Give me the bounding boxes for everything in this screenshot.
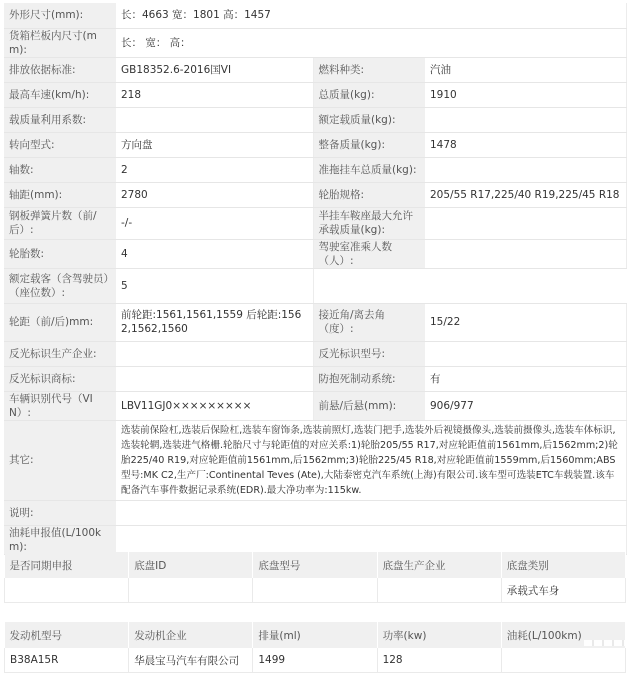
- total-mass-label: 总质量(kg):: [313, 82, 425, 107]
- rated-load-value: [425, 107, 626, 132]
- tire-spec-label: 轮胎规格:: [313, 182, 425, 207]
- chassis-header-same-period: 是否同期申报: [5, 552, 129, 578]
- dimensions-label: 外形尺寸(mm):: [4, 3, 116, 28]
- abs-label: 防抱死制动系统:: [313, 366, 425, 391]
- steering-label: 转向型式:: [4, 132, 116, 157]
- chassis-header-manufacturer: 底盘生产企业: [377, 552, 501, 578]
- reflector-brand-value: [116, 366, 313, 391]
- empty-cell: [313, 268, 626, 303]
- spec-row-track: 轮距（前/后)mm: 前轮距:1561,1561,1559 后轮距:1562,1…: [4, 303, 626, 341]
- dimensions-value: 长：4663 宽：1801 高：1457: [116, 3, 626, 28]
- abs-value: 有: [425, 366, 626, 391]
- fuel-consumption-value: [116, 525, 626, 554]
- cab-occupants-value: [425, 239, 626, 268]
- engine-header-displacement: 排量(ml): [253, 622, 377, 648]
- note-value: [116, 500, 626, 525]
- wheelbase-label: 轴距(mm):: [4, 182, 116, 207]
- chassis-header-row: 是否同期申报 底盘ID 底盘型号 底盘生产企业 底盘类别: [5, 552, 626, 578]
- reflector-model-label: 反光标识型号:: [313, 341, 425, 366]
- spec-row-axles: 轴数: 2 准拖挂车总质量(kg):: [4, 157, 626, 182]
- tire-spec-value: 205/55 R17,225/40 R19,225/45 R18: [425, 182, 626, 207]
- total-mass-value: 1910: [425, 82, 626, 107]
- chassis-table: 是否同期申报 底盘ID 底盘型号 底盘生产企业 底盘类别 承载式车身: [4, 552, 626, 603]
- chassis-same-period: [5, 578, 129, 603]
- fifth-wheel-load-value: [425, 207, 626, 239]
- track-value: 前轮距:1561,1561,1559 后轮距:1562,1562,1560: [116, 303, 313, 341]
- vin-value: LBV11GJ0×××××××××: [116, 391, 313, 420]
- fuel-type-value: 汽油: [425, 57, 626, 82]
- spec-row-other: 其它: 选装前保险杠,选装后保险杠,选装车窗饰条,选装前照灯,选装门把手,选装外…: [4, 420, 626, 500]
- trailer-mass-label: 准拖挂车总质量(kg):: [313, 157, 425, 182]
- wheelbase-value: 2780: [116, 182, 313, 207]
- load-coefficient-label: 载质量利用系数:: [4, 107, 116, 132]
- chassis-header-category: 底盘类别: [501, 552, 625, 578]
- chassis-header-model: 底盘型号: [253, 552, 377, 578]
- vehicle-spec-table: 外形尺寸(mm): 长：4663 宽：1801 高：1457 货箱栏板内尺寸(m…: [4, 3, 627, 555]
- max-speed-label: 最高车速(km/h):: [4, 82, 116, 107]
- spec-row-fuel-consumption: 油耗申报值(L/100km):: [4, 525, 626, 554]
- approach-departure-label: 接近角/离去角（度）:: [313, 303, 425, 341]
- chassis-header-id: 底盘ID: [129, 552, 253, 578]
- chassis-manufacturer: [377, 578, 501, 603]
- engine-fuel-consumption: [501, 648, 625, 673]
- spec-row-wheelbase: 轴距(mm): 2780 轮胎规格: 205/55 R17,225/40 R19…: [4, 182, 626, 207]
- spec-row-reflector-maker: 反光标识生产企业: 反光标识型号:: [4, 341, 626, 366]
- track-label: 轮距（前/后)mm:: [4, 303, 116, 341]
- spec-row-load-coefficient: 载质量利用系数: 额定载质量(kg):: [4, 107, 626, 132]
- chassis-category: 承载式车身: [501, 578, 625, 603]
- spec-row-vin: 车辆识别代号（VIN）: LBV11GJ0××××××××× 前悬/后悬(mm)…: [4, 391, 626, 420]
- chassis-model: [253, 578, 377, 603]
- load-coefficient-value: [116, 107, 313, 132]
- fuel-type-label: 燃料种类:: [313, 57, 425, 82]
- emission-standard-label: 排放依据标准:: [4, 57, 116, 82]
- rated-load-label: 额定载质量(kg):: [313, 107, 425, 132]
- spec-row-dimensions: 外形尺寸(mm): 长：4663 宽：1801 高：1457: [4, 3, 626, 28]
- spec-row-cargo-box: 货箱栏板内尺寸(mm): 长： 宽： 高：: [4, 28, 626, 57]
- vin-label: 车辆识别代号（VIN）:: [4, 391, 116, 420]
- trailer-mass-value: [425, 157, 626, 182]
- engine-power: 128: [377, 648, 501, 673]
- note-label: 说明:: [4, 500, 116, 525]
- spec-row-tires: 轮胎数: 4 驾驶室准乘人数（人）:: [4, 239, 626, 268]
- fifth-wheel-load-label: 半挂车鞍座最大允许承载质量(kg):: [313, 207, 425, 239]
- engine-displacement: 1499: [253, 648, 377, 673]
- engine-model: B38A15R: [5, 648, 129, 673]
- other-label: 其它:: [4, 420, 116, 500]
- curb-weight-value: 1478: [425, 132, 626, 157]
- cab-occupants-label: 驾驶室准乘人数（人）:: [313, 239, 425, 268]
- seats-label: 额定载客（含驾驶员）（座位数）:: [4, 268, 116, 303]
- engine-header-row: 发动机型号 发动机企业 排量(ml) 功率(kw) 油耗(L/100km): [5, 622, 626, 648]
- curb-weight-label: 整备质量(kg):: [313, 132, 425, 157]
- cargo-box-label: 货箱栏板内尺寸(mm):: [4, 28, 116, 57]
- other-value: 选装前保险杠,选装后保险杠,选装车窗饰条,选装前照灯,选装门把手,选装外后视镜摄…: [116, 420, 626, 500]
- reflector-maker-label: 反光标识生产企业:: [4, 341, 116, 366]
- engine-header-model: 发动机型号: [5, 622, 129, 648]
- reflector-maker-value: [116, 341, 313, 366]
- approach-departure-value: 15/22: [425, 303, 626, 341]
- spec-row-emission-fuel: 排放依据标准: GB18352.6-2016国VI 燃料种类: 汽油: [4, 57, 626, 82]
- steering-value: 方向盘: [116, 132, 313, 157]
- axles-label: 轴数:: [4, 157, 116, 182]
- chassis-id: [129, 578, 253, 603]
- spec-row-steering: 转向型式: 方向盘 整备质量(kg): 1478: [4, 132, 626, 157]
- spec-row-speed-mass: 最高车速(km/h): 218 总质量(kg): 1910: [4, 82, 626, 107]
- overhang-value: 906/977: [425, 391, 626, 420]
- spec-row-seats: 额定载客（含驾驶员）（座位数）: 5: [4, 268, 626, 303]
- leaf-springs-value: -/-: [116, 207, 313, 239]
- spec-row-reflector-brand: 反光标识商标: 防抱死制动系统: 有: [4, 366, 626, 391]
- max-speed-value: 218: [116, 82, 313, 107]
- table-row: 承载式车身: [5, 578, 626, 603]
- leaf-springs-label: 钢板弹簧片数（前/后）:: [4, 207, 116, 239]
- seats-value: 5: [116, 268, 313, 303]
- table-row: B38A15R 华晨宝马汽车有限公司 1499 128: [5, 648, 626, 673]
- spec-row-note: 说明:: [4, 500, 626, 525]
- spec-row-leaf-springs: 钢板弹簧片数（前/后）: -/- 半挂车鞍座最大允许承载质量(kg):: [4, 207, 626, 239]
- overhang-label: 前悬/后悬(mm):: [313, 391, 425, 420]
- engine-header-power: 功率(kw): [377, 622, 501, 648]
- engine-header-company: 发动机企业: [129, 622, 253, 648]
- engine-company: 华晨宝马汽车有限公司: [129, 648, 253, 673]
- tire-count-label: 轮胎数:: [4, 239, 116, 268]
- tire-count-value: 4: [116, 239, 313, 268]
- engine-table: 发动机型号 发动机企业 排量(ml) 功率(kw) 油耗(L/100km) B3…: [4, 622, 626, 673]
- watermark-mark: [584, 640, 628, 646]
- reflector-model-value: [425, 341, 626, 366]
- emission-standard-value: GB18352.6-2016国VI: [116, 57, 313, 82]
- cargo-box-value: 长： 宽： 高：: [116, 28, 626, 57]
- fuel-consumption-label: 油耗申报值(L/100km):: [4, 525, 116, 554]
- reflector-brand-label: 反光标识商标:: [4, 366, 116, 391]
- axles-value: 2: [116, 157, 313, 182]
